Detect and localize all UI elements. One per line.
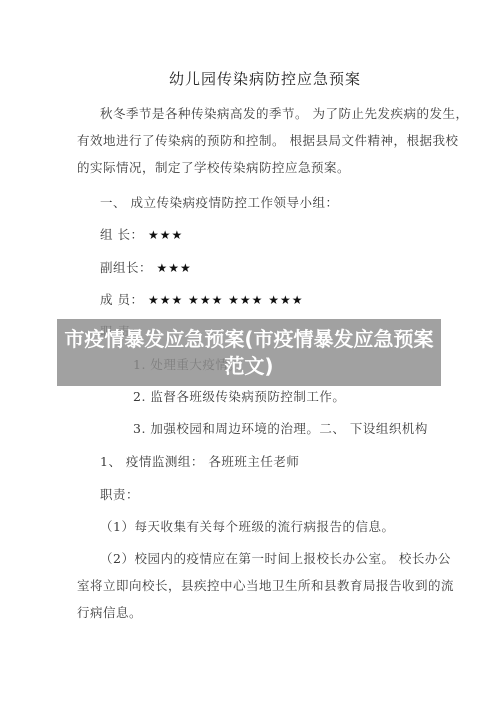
group1-item-2-line-1: （2）校园内的疫情应在第一时间上报校长办公室。 校长办公	[100, 549, 451, 567]
deputy-label: 副组长：	[100, 260, 152, 275]
intro-line-1: 秋冬季节是各种传染病高发的季节。 为了防止先发疾病的发生，	[100, 104, 468, 122]
intro-line-3: 的实际情况，制定了学校传染病防控应急预案。	[77, 158, 350, 176]
group1-item-1: （1）每天收集有关每个班级的流行病报告的信息。	[100, 517, 394, 535]
document-page: 幼儿园传染病防控应急预案 秋冬季节是各种传染病高发的季节。 为了防止先发疾病的发…	[0, 0, 500, 706]
section1-heading: 一、 成立传染病疫情防控工作领导小组：	[100, 193, 338, 211]
members-row: 成 员： ★★★ ★★★ ★★★ ★★★	[100, 290, 304, 308]
intro-line-2: 有效地进行了传染病的预防和控制。 根据县局文件精神，根据我校	[77, 131, 458, 149]
leader-label: 组 长：	[100, 227, 143, 242]
deputy-value: ★★★	[157, 261, 192, 275]
document-title: 幼儿园传染病防控应急预案	[0, 68, 500, 89]
overlay-title-banner: 市疫情暴发应急预案(市疫情暴发应急预案范文)	[57, 319, 441, 386]
group1-heading: 1、 疫情监测组： 各班班主任老师	[100, 452, 299, 470]
banner-title: 市疫情暴发应急预案(市疫情暴发应急预案范文)	[64, 326, 434, 380]
group1-item-2-line-2: 室将立即向校长，县疾控中心当地卫生所和县教育局报告收到的流	[77, 576, 454, 594]
deputy-row: 副组长： ★★★	[100, 258, 192, 276]
group1-duties-label: 职责：	[100, 485, 139, 503]
duty-3: 3. 加强校园和周边环境的治理。二、 下设组织机构	[133, 419, 428, 437]
members-value: ★★★ ★★★ ★★★ ★★★	[148, 293, 304, 307]
group1-item-2-line-3: 行病信息。	[77, 603, 142, 621]
leader-value: ★★★	[148, 228, 183, 242]
leader-row: 组 长： ★★★	[100, 225, 183, 243]
duty-2: 2. 监督各班级传染病预防控制工作。	[133, 387, 345, 405]
members-label: 成 员：	[100, 292, 143, 307]
